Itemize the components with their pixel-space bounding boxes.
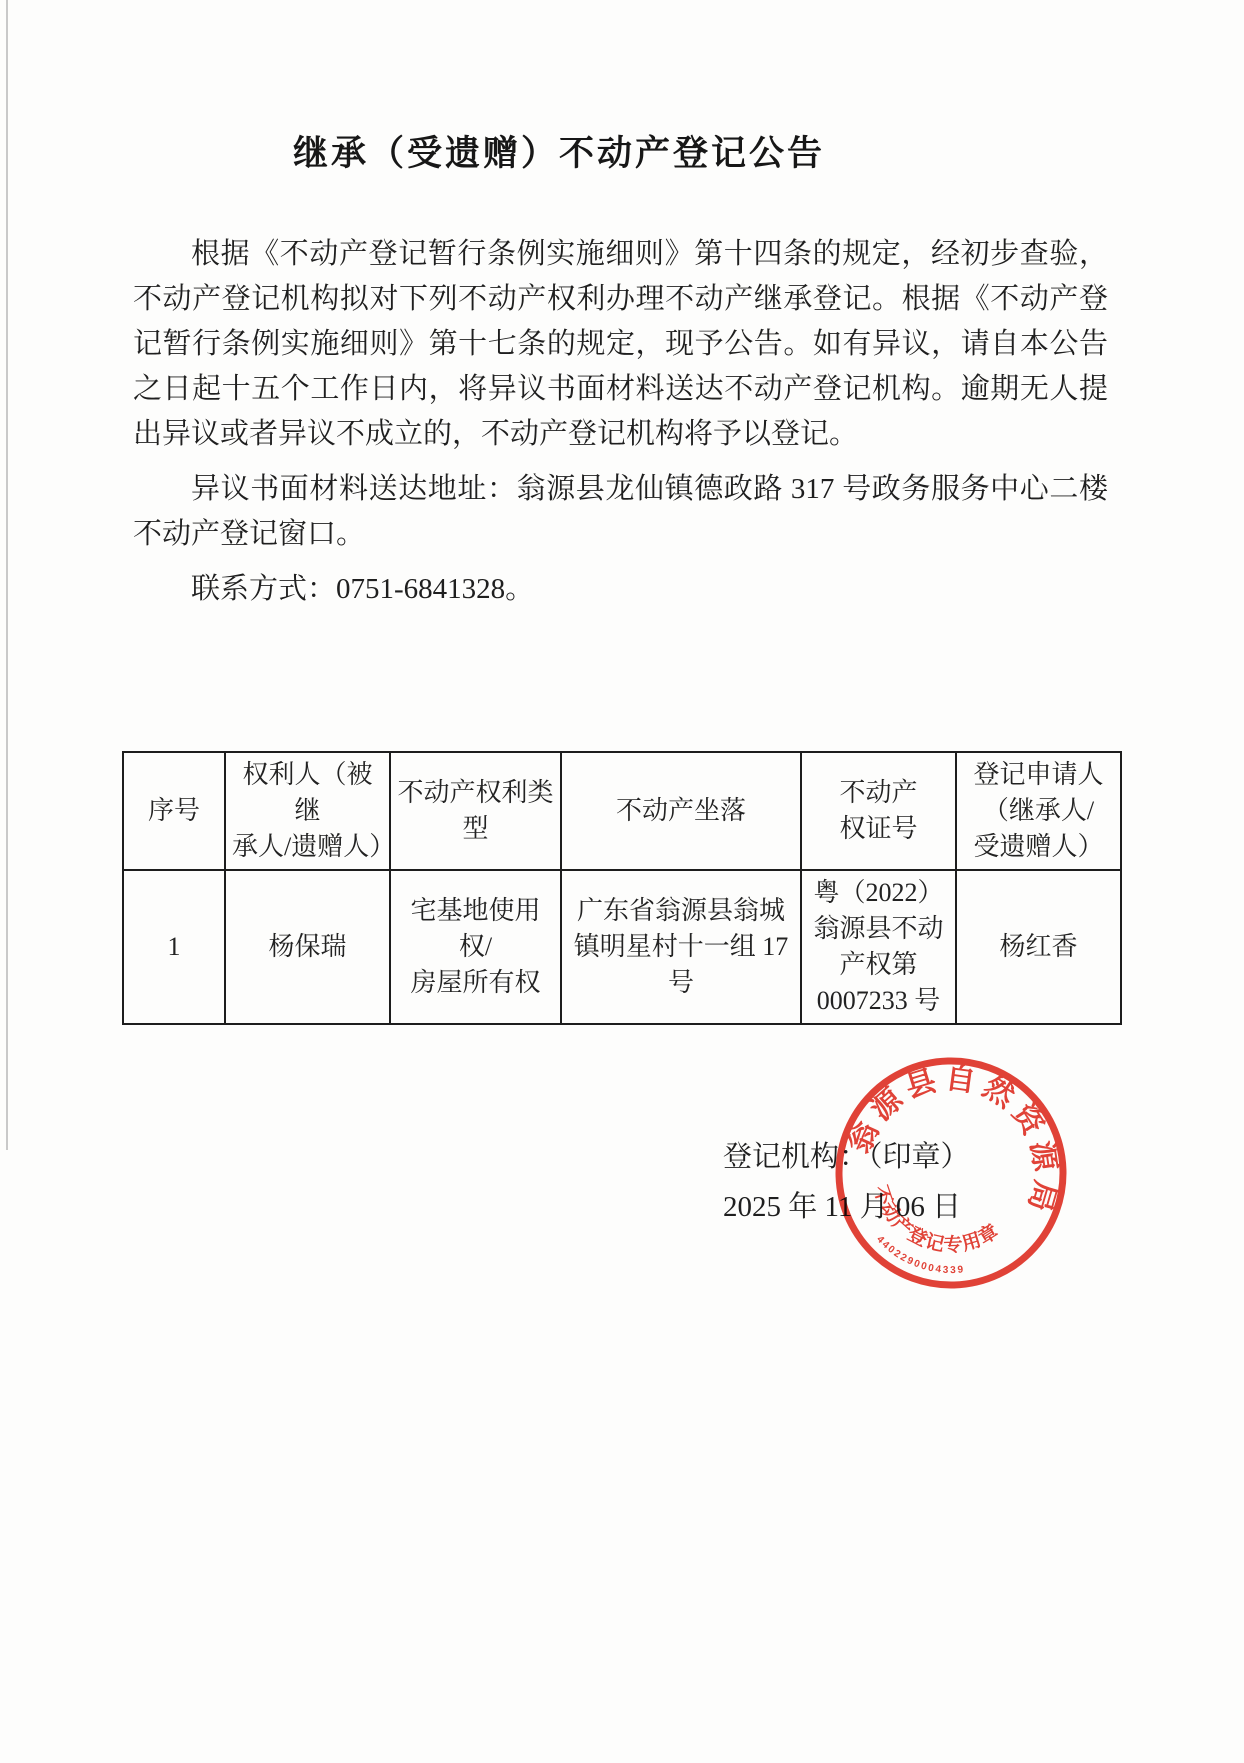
cell-serial: 1 [123,870,225,1024]
col-header-right-holder: 权利人（被继 承人/遗赠人） [225,752,390,870]
table-header-row: 序号 权利人（被继 承人/遗赠人） 不动产权利类 型 不动产坐落 不动产 权证号… [123,752,1121,870]
col-header-location: 不动产坐落 [561,752,801,870]
announcement-body: 根据《不动产登记暂行条例实施细则》第十四条的规定，经初步查验，不动产登记机构拟对… [133,232,1108,612]
col-header-cert-no: 不动产 权证号 [801,752,956,870]
paragraph-address: 异议书面材料送达地址：翁源县龙仙镇德政路 317 号政务服务中心二楼不动产登记窗… [133,467,1108,557]
cell-applicant: 杨红香 [956,870,1121,1024]
seal-code: 4402290004339 [870,1232,969,1286]
cell-right-type: 宅基地使用权/ 房屋所有权 [390,870,561,1024]
col-header-applicant: 登记申请人 （继承人/ 受遗赠人） [956,752,1121,870]
announcement-table: 序号 权利人（被继 承人/遗赠人） 不动产权利类 型 不动产坐落 不动产 权证号… [122,751,1122,1025]
cell-right-holder: 杨保瑞 [225,870,390,1024]
col-header-right-type: 不动产权利类 型 [390,752,561,870]
document-page: 继承（受遗赠）不动产登记公告 根据《不动产登记暂行条例实施细则》第十四条的规定，… [0,0,1244,1763]
registration-authority-line: 登记机构：（印章） [723,1134,970,1175]
page-title: 继承（受遗赠）不动产登记公告 [60,126,1058,176]
scan-edge-artifact [6,0,8,1150]
col-header-serial: 序号 [123,752,225,870]
paragraph-contact: 联系方式：0751-6841328。 [133,567,1108,612]
cell-cert-no: 粤（2022） 翁源县不动 产权第 0007233 号 [801,870,956,1024]
announcement-date: 2025 年 11 月 06 日 [723,1184,961,1225]
cell-location: 广东省翁源县翁城 镇明星村十一组 17 号 [561,870,801,1024]
paragraph-regulation: 根据《不动产登记暂行条例实施细则》第十四条的规定，经初步查验，不动产登记机构拟对… [133,232,1108,457]
table-row: 1 杨保瑞 宅基地使用权/ 房屋所有权 广东省翁源县翁城 镇明星村十一组 17 … [123,870,1121,1024]
